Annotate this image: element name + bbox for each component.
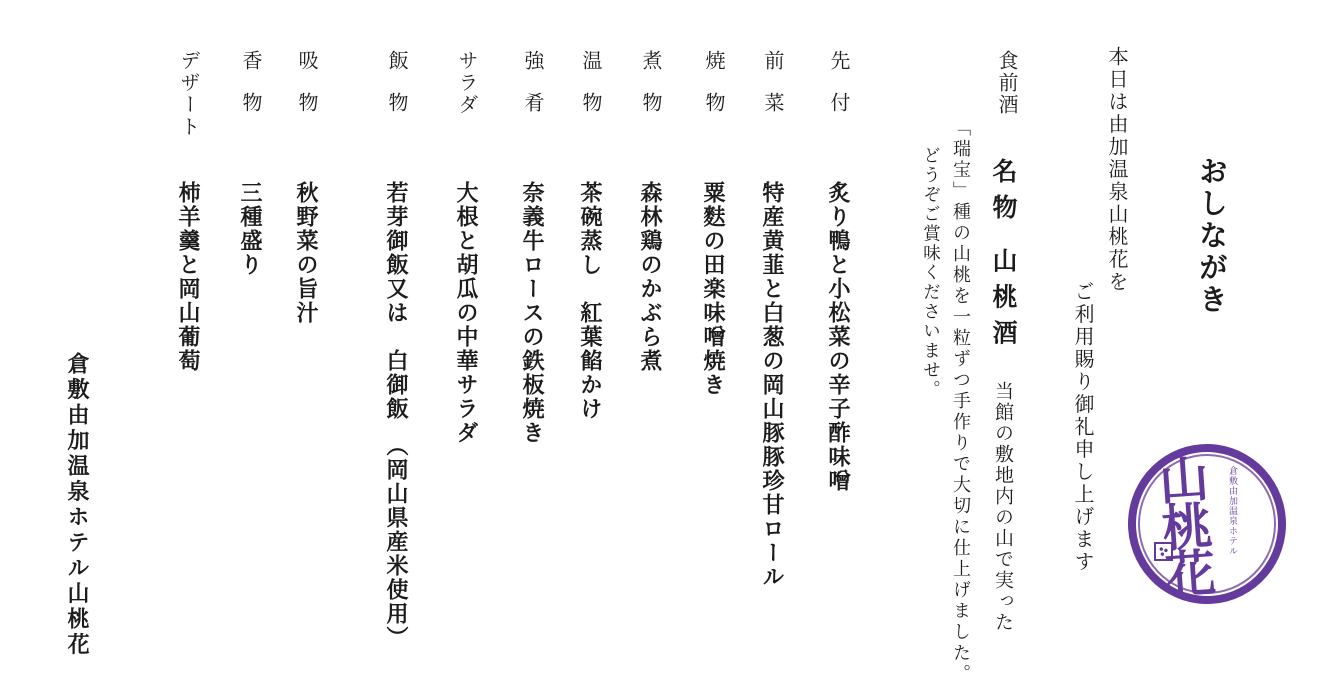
greeting-line-2: ご利用賜り御礼申し上げます [1072,281,1092,574]
course-column-meshimono: 飯物 若芽御飯又は 白御飯 （岡山県産米使用） [374,0,418,677]
course-item: 粟麩の田楽味噌焼き [702,181,724,397]
greeting-line-1: 本日は由加温泉山桃花を [1106,46,1126,294]
course-item: 若芽御飯又は 白御飯 （岡山県産米使用） [385,181,407,650]
course-item: 秋野菜の旨汁 [295,181,317,325]
course-header: 煮物 [640,50,660,134]
course-header: 強肴 [522,50,542,134]
aperitif-description: 当館の敷地内の山で実った [992,381,1013,633]
aperitif-name-column: 名物 山桃酒当館の敷地内の山で実った [990,158,1015,633]
aperitif-note-2: どうぞご賞味くださいませ。 [922,146,940,400]
course-item: 三種盛り [239,181,261,277]
course-header: 先付 [828,50,848,134]
course-column-sakizuke: 先付 炙り鴨と小松菜の辛子酢味噌 [816,0,860,677]
logo-seal-icon [1154,542,1173,561]
course-item: 特産黄韮と白葱の岡山豚豚珍甘ロール [761,181,783,589]
menu-page: おしながき 本日は由加温泉山桃花を ご利用賜り御礼申し上げます 食前酒 名物 山… [0,0,1340,677]
course-column-koumono: 香物 三種盛り [228,0,272,677]
course-header: 吸物 [296,50,316,134]
course-header: 香物 [240,50,260,134]
course-header: 温物 [580,50,600,134]
hotel-logo: 山桃花 倉敷由加温泉ホテル [1128,444,1286,604]
menu-title: おしながき [1196,156,1225,316]
course-item: 森林鶏のかぶら煮 [639,181,661,373]
logo-sub-text: 倉敷由加温泉ホテル [1228,466,1237,556]
course-column-nimono: 煮物 森林鶏のかぶら煮 [628,0,672,677]
logo-main-text: 山桃花 [1153,452,1213,596]
course-header: 飯物 [386,50,406,134]
course-column-shiizakana: 強肴 奈義牛ロースの鉄板焼き [510,0,554,677]
aperitif-name: 名物 山桃酒 [989,158,1016,355]
aperitif-header: 食前酒 [996,50,1016,116]
aperitif-note-1: 「瑞宝」種の山桃を一粒ずつ手作りで大切に仕上げました。 [952,118,970,677]
course-item: 奈義牛ロースの鉄板焼き [521,181,543,445]
hotel-name: 倉敷由加温泉ホテル山桃花 [66,352,88,658]
course-column-dessert: デザート 柿羊羹と岡山葡萄 [166,0,210,677]
course-column-onmono: 温物 茶碗蒸し 紅葉餡かけ [568,0,612,677]
course-header: 前菜 [762,50,782,134]
course-item: 柿羊羹と岡山葡萄 [177,181,199,373]
course-item: 茶碗蒸し 紅葉餡かけ [579,181,601,421]
course-column-salad: サラダ 大根と胡瓜の中華サラダ [444,0,488,677]
course-item: 炙り鴨と小松菜の辛子酢味噌 [827,181,849,493]
course-header: 焼物 [703,50,723,134]
course-header: サラダ [456,50,476,116]
course-column-zensai: 前菜 特産黄韮と白葱の岡山豚豚珍甘ロール [750,0,794,677]
course-item: 大根と胡瓜の中華サラダ [455,181,477,445]
course-column-suimono: 吸物 秋野菜の旨汁 [284,0,328,677]
course-column-yakimono: 焼物 粟麩の田楽味噌焼き [691,0,735,677]
course-header: デザート [178,50,198,138]
